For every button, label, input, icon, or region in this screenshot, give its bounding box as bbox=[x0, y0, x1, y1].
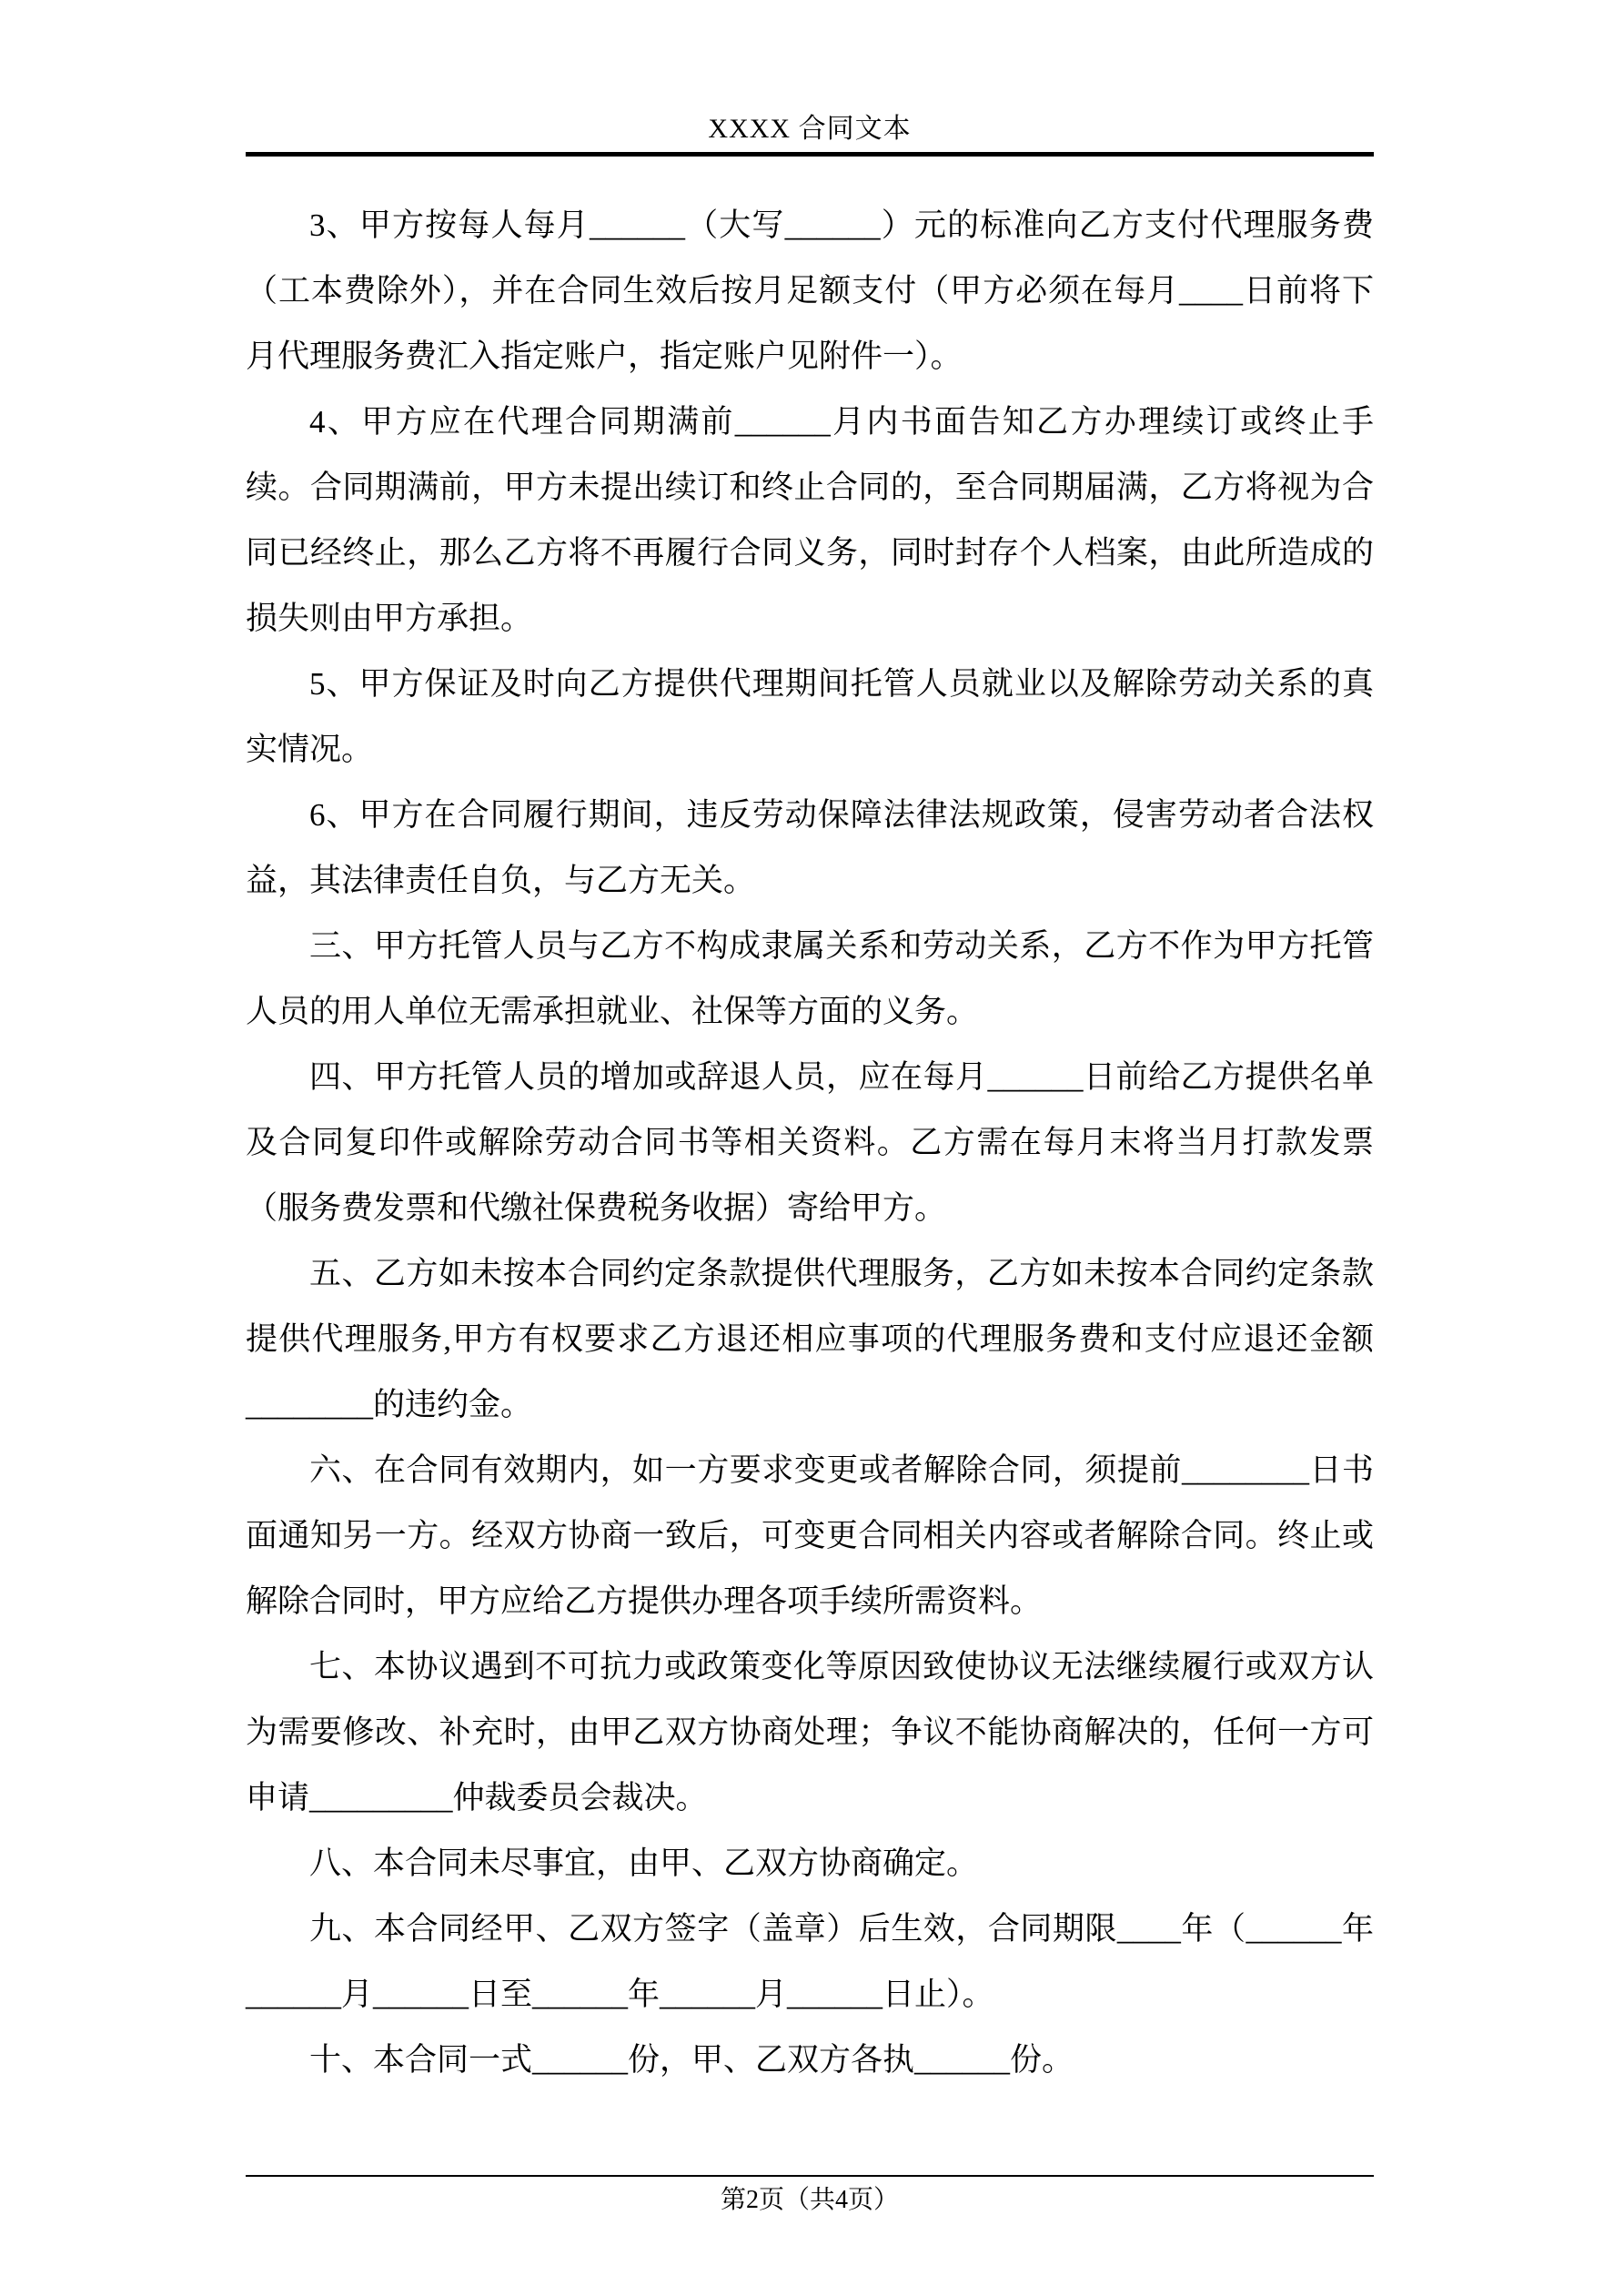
contract-paragraph: 八、本合同未尽事宜，由甲、乙双方协商确定。 bbox=[246, 1831, 1374, 1896]
document-page: XXXX 合同文本 3、甲方按每人每月______（大写______）元的标准向… bbox=[0, 0, 1624, 2296]
contract-body: 3、甲方按每人每月______（大写______）元的标准向乙方支付代理服务费（… bbox=[246, 193, 1374, 2093]
contract-paragraph: 六、在合同有效期内，如一方要求变更或者解除合同，须提前________日书面通知… bbox=[246, 1438, 1374, 1634]
contract-paragraph: 5、甲方保证及时向乙方提供代理期间托管人员就业以及解除劳动关系的真实情况。 bbox=[246, 652, 1374, 783]
contract-paragraph: 3、甲方按每人每月______（大写______）元的标准向乙方支付代理服务费（… bbox=[246, 193, 1374, 389]
contract-paragraph: 五、乙方如未按本合同约定条款提供代理服务，乙方如未按本合同约定条款提供代理服务,… bbox=[246, 1241, 1374, 1438]
page-header: XXXX 合同文本 bbox=[246, 0, 1374, 157]
contract-paragraph: 十、本合同一式______份，甲、乙双方各执______份。 bbox=[246, 2028, 1374, 2093]
contract-paragraph: 九、本合同经甲、乙双方签字（盖章）后生效，合同期限____年（______年__… bbox=[246, 1896, 1374, 2028]
contract-paragraph: 四、甲方托管人员的增加或辞退人员，应在每月______日前给乙方提供名单及合同复… bbox=[246, 1045, 1374, 1241]
page-number: 第2页（共4页） bbox=[246, 2177, 1374, 2217]
contract-paragraph: 七、本协议遇到不可抗力或政策变化等原因致使协议无法继续履行或双方认为需要修改、补… bbox=[246, 1634, 1374, 1831]
page-footer: 第2页（共4页） bbox=[246, 2175, 1374, 2217]
contract-paragraph: 6、甲方在合同履行期间，违反劳动保障法律法规政策，侵害劳动者合法权益，其法律责任… bbox=[246, 783, 1374, 914]
contract-paragraph: 三、甲方托管人员与乙方不构成隶属关系和劳动关系，乙方不作为甲方托管人员的用人单位… bbox=[246, 914, 1374, 1045]
contract-paragraph: 4、甲方应在代理合同期满前______月内书面告知乙方办理续订或终止手续。合同期… bbox=[246, 389, 1374, 652]
header-title: XXXX 合同文本 bbox=[708, 116, 911, 152]
